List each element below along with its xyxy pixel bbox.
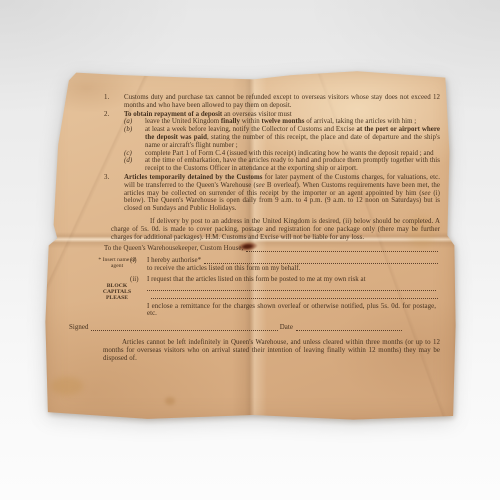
clause-i-continuation: to receive the articles listed on this f… <box>147 265 440 273</box>
dotted-fill-line <box>147 290 436 291</box>
condition-text: Articles temporarily detained by the Cus… <box>124 174 440 213</box>
subcondition-text: at least a week before leaving, notify t… <box>145 126 440 149</box>
condition-item: 3.Articles temporarily detained by the C… <box>104 174 440 213</box>
addressee-label: To the Queen's Warehousekeeper, Custom H… <box>104 245 243 253</box>
remittance-paragraph: I enclose a remittance for the charges s… <box>147 303 436 319</box>
condition-lead-text: Articles temporarily detained by the Cus… <box>124 174 440 213</box>
subcondition-item: (c)complete Part 1 of Form C.4 (issued w… <box>124 150 440 158</box>
dotted-fill-line <box>204 258 438 264</box>
subcondition-letter: (d) <box>124 157 145 173</box>
form-content: 1.Customs duty and purchase tax cannot b… <box>45 67 456 421</box>
photo-background: 1.Customs duty and purchase tax cannot b… <box>0 0 500 500</box>
conditions-list: 1.Customs duty and purchase tax cannot b… <box>104 94 440 213</box>
subcondition-text: at the time of embarkation, have the art… <box>145 157 440 173</box>
dotted-fill-line <box>246 246 438 252</box>
subcondition-item: (b)at least a week before leaving, notif… <box>124 126 440 149</box>
addressee-line: To the Queen's Warehousekeeper, Custom H… <box>104 245 440 253</box>
subcondition-letter: (c) <box>124 150 145 158</box>
signature-line: Signed Date <box>69 324 404 332</box>
condition-lead-text: To obtain repayment of a deposit an over… <box>124 111 440 119</box>
clause-i-text: I hereby authorise* <box>147 257 201 265</box>
condition-text: To obtain repayment of a deposit an over… <box>124 111 440 173</box>
condition-item: 1.Customs duty and purchase tax cannot b… <box>104 94 440 110</box>
condition-lead-text: Customs duty and purchase tax cannot be … <box>124 94 440 110</box>
condition-number: 3. <box>104 174 124 213</box>
subcondition-item: (d)at the time of embarkation, have the … <box>124 157 440 173</box>
date-label: Date <box>280 324 293 332</box>
dotted-fill-line <box>151 298 438 299</box>
clause-i: (i) I hereby authorise* <box>130 257 440 265</box>
disposal-warning-paragraph: Articles cannot be left indefinitely in … <box>103 339 440 362</box>
subcondition-text: leave the United Kingdom finally within … <box>145 118 440 126</box>
request-clauses: * Insert name of agent BLOCK CAPITALS PL… <box>130 257 440 318</box>
subcondition-item: (a)leave the United Kingdom finally with… <box>124 118 440 126</box>
margin-note-insert-agent: * Insert name of agent <box>98 258 136 269</box>
paper-surface: 1.Customs duty and purchase tax cannot b… <box>45 67 456 421</box>
condition-number: 2. <box>104 111 124 173</box>
customs-form-paper: 1.Customs duty and purchase tax cannot b… <box>45 67 456 421</box>
condition-item: 2.To obtain repayment of a deposit an ov… <box>104 111 440 173</box>
subcondition-letter: (a) <box>124 118 145 126</box>
clause-ii: (ii) I request that the articles listed … <box>130 276 440 284</box>
condition-number: 1. <box>104 94 124 110</box>
condition-text: Customs duty and purchase tax cannot be … <box>124 94 440 110</box>
postal-delivery-paragraph: If delivery by post to an address in the… <box>111 218 440 241</box>
signed-label: Signed <box>69 324 88 332</box>
dotted-fill-line <box>296 325 402 331</box>
clause-ii-text: I request that the articles listed on th… <box>147 276 366 284</box>
subcondition-text: complete Part 1 of Form C.4 (issued with… <box>145 150 440 158</box>
margin-note-block-capitals: BLOCK CAPITALS PLEASE <box>96 284 138 301</box>
clause-ii-label: (ii) <box>130 276 147 284</box>
dotted-fill-line <box>91 325 277 331</box>
subcondition-letter: (b) <box>124 126 145 149</box>
